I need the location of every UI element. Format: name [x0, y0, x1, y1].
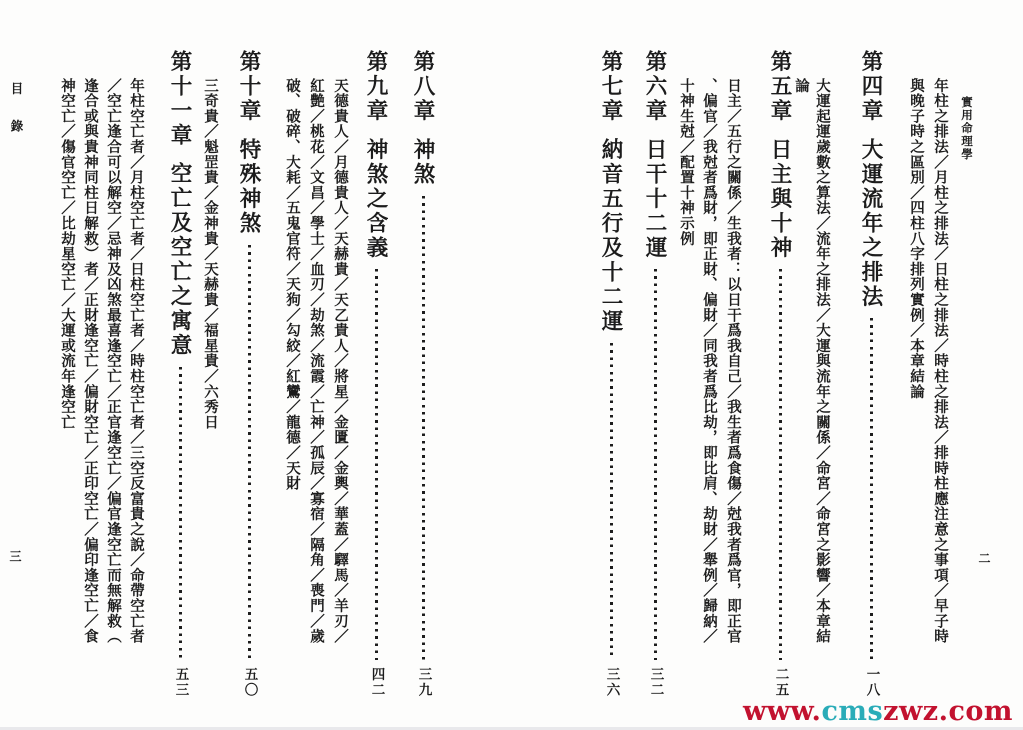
dotted-leader: [375, 269, 378, 660]
dotted-leader: [610, 343, 613, 661]
chapter-page-number: 三六: [602, 667, 622, 698]
chapter-page-number: 三二: [646, 667, 666, 698]
chapter-title: 納音五行及十二運: [596, 138, 627, 334]
chapter-number: 第八章: [408, 50, 439, 124]
chapter-page-number: 一八: [862, 667, 882, 698]
dotted-leader: [654, 269, 657, 660]
left-page-number: 三: [7, 550, 24, 562]
toc-topics-column: 神空亡／傷官空亡／比劫星空亡／大運或流年逢空亡: [57, 78, 78, 430]
toc-topics-column: 、偏官／我尅者爲財，即正財、偏財／同我者爲比劫，即比肩、劫財／舉例／歸納／: [699, 78, 720, 644]
toc-chapter-entry-8: 第八章 神煞 三九: [408, 50, 439, 698]
toc-topics-column: 與晚子時之區別／四柱八字排列實例／本章結論: [906, 78, 927, 399]
dotted-leader: [870, 318, 873, 660]
chapter-page-number: 五三: [171, 667, 191, 698]
chapter-title: 神煞之含義: [361, 138, 392, 261]
toc-chapter-entry-7: 第七章 納音五行及十二運 三六: [596, 50, 627, 698]
watermark-www-segment: www.: [743, 696, 821, 727]
chapter-number: 第十章: [234, 50, 265, 124]
toc-topics-column: 日主／五行之關係／生我者：以日干爲我自己／我生者爲食傷／尅我者爲官，即正官: [723, 78, 744, 644]
chapter-number: 第四章: [856, 50, 887, 124]
dotted-leader: [779, 269, 782, 660]
dotted-leader: [179, 367, 182, 660]
toc-topics-column: 年柱空亡者／月柱空亡者／日柱空亡者／時柱空亡者／三空反富貴之說／命帶空亡者: [126, 78, 147, 644]
chapter-number: 第五章: [765, 50, 796, 124]
chapter-title: 日主與十神: [765, 138, 796, 261]
chapter-page-number: 四二: [367, 667, 387, 698]
toc-topics-column: 十神生尅／配置十神示例: [676, 78, 697, 246]
chapter-number: 第六章: [640, 50, 671, 124]
toc-topics-column: 三奇貴／魁罡貴／金神貴／天赫貴／福星貴／六秀日: [200, 78, 221, 430]
watermark-cms-segment: cms: [821, 696, 883, 727]
book-title-header: 實用命理學: [958, 96, 974, 161]
toc-topics-column: 破、破碎、大耗／五鬼官符／天狗／勾絞／紅鸞／龍德／天財: [282, 78, 303, 491]
watermark-domain-segment: zwz.com: [883, 696, 1013, 727]
chapter-number: 第九章: [361, 50, 392, 124]
toc-chapter-entry-6: 第六章 日干十二運 三二: [640, 50, 671, 698]
toc-topics-column: 逢合或與貴神同柱日解救）者／正財逢空亡／偏財空亡／正印空亡／偏印逢空亡／食: [80, 78, 101, 644]
chapter-title: 神煞: [408, 138, 439, 187]
chapter-title: 特殊神煞: [234, 138, 265, 236]
toc-topics-column: 天德貴人／月德貴人／天赫貴／天乙貴人／將星／金匱／金輿／華蓋／驛馬／羊刃／: [330, 78, 351, 644]
chapter-title: 大運流年之排法: [856, 138, 887, 310]
toc-page-title: 目錄: [7, 82, 25, 157]
chapter-title: 日干十二運: [640, 138, 671, 261]
book-scan-spread: 實用命理學 二 目錄 三 年柱之排法／月柱之排法／日柱之排法／時柱之排法／排時柱…: [0, 0, 1023, 730]
dotted-leader: [422, 196, 425, 661]
dotted-leader: [248, 245, 251, 661]
watermark-url: www.cmszwz.com: [743, 698, 1013, 725]
chapter-number: 第七章: [596, 50, 627, 124]
toc-chapter-entry-4: 第四章 大運流年之排法 一八: [856, 50, 887, 698]
toc-chapter-entry-10: 第十章 特殊神煞 五〇: [234, 50, 265, 698]
right-page-number: 二: [976, 552, 993, 564]
toc-chapter-entry-11: 第十一章 空亡及空亡之寓意 五三: [165, 50, 196, 698]
toc-topics-column: 大運起運歲數之算法／流年之排法／大運與流年之關係／命宮／命宮之影響／本章結: [812, 78, 833, 644]
chapter-number: 第十一章: [165, 50, 196, 148]
toc-topics-column: 紅艶／桃花／文昌／學士／血刃／劫煞／流霞／亡神／孤辰／寡宿／隔角／喪門／歲: [306, 78, 327, 644]
toc-topics-column: 年柱之排法／月柱之排法／日柱之排法／時柱之排法／排時柱應注意之事項／早子時: [930, 78, 951, 644]
chapter-page-number: 三九: [414, 667, 434, 698]
chapter-page-number: 二五: [771, 667, 791, 698]
chapter-page-number: 五〇: [240, 667, 260, 698]
toc-chapter-entry-9: 第九章 神煞之含義 四二: [361, 50, 392, 698]
toc-topics-column: ／空亡逢合可以解空／忌神及凶煞最喜逢空亡／正官逢空亡／偏官逢空亡而無解救（: [103, 78, 124, 644]
chapter-title: 空亡及空亡之寓意: [165, 162, 196, 358]
toc-chapter-entry-5: 第五章 日主與十神 二五: [765, 50, 796, 698]
